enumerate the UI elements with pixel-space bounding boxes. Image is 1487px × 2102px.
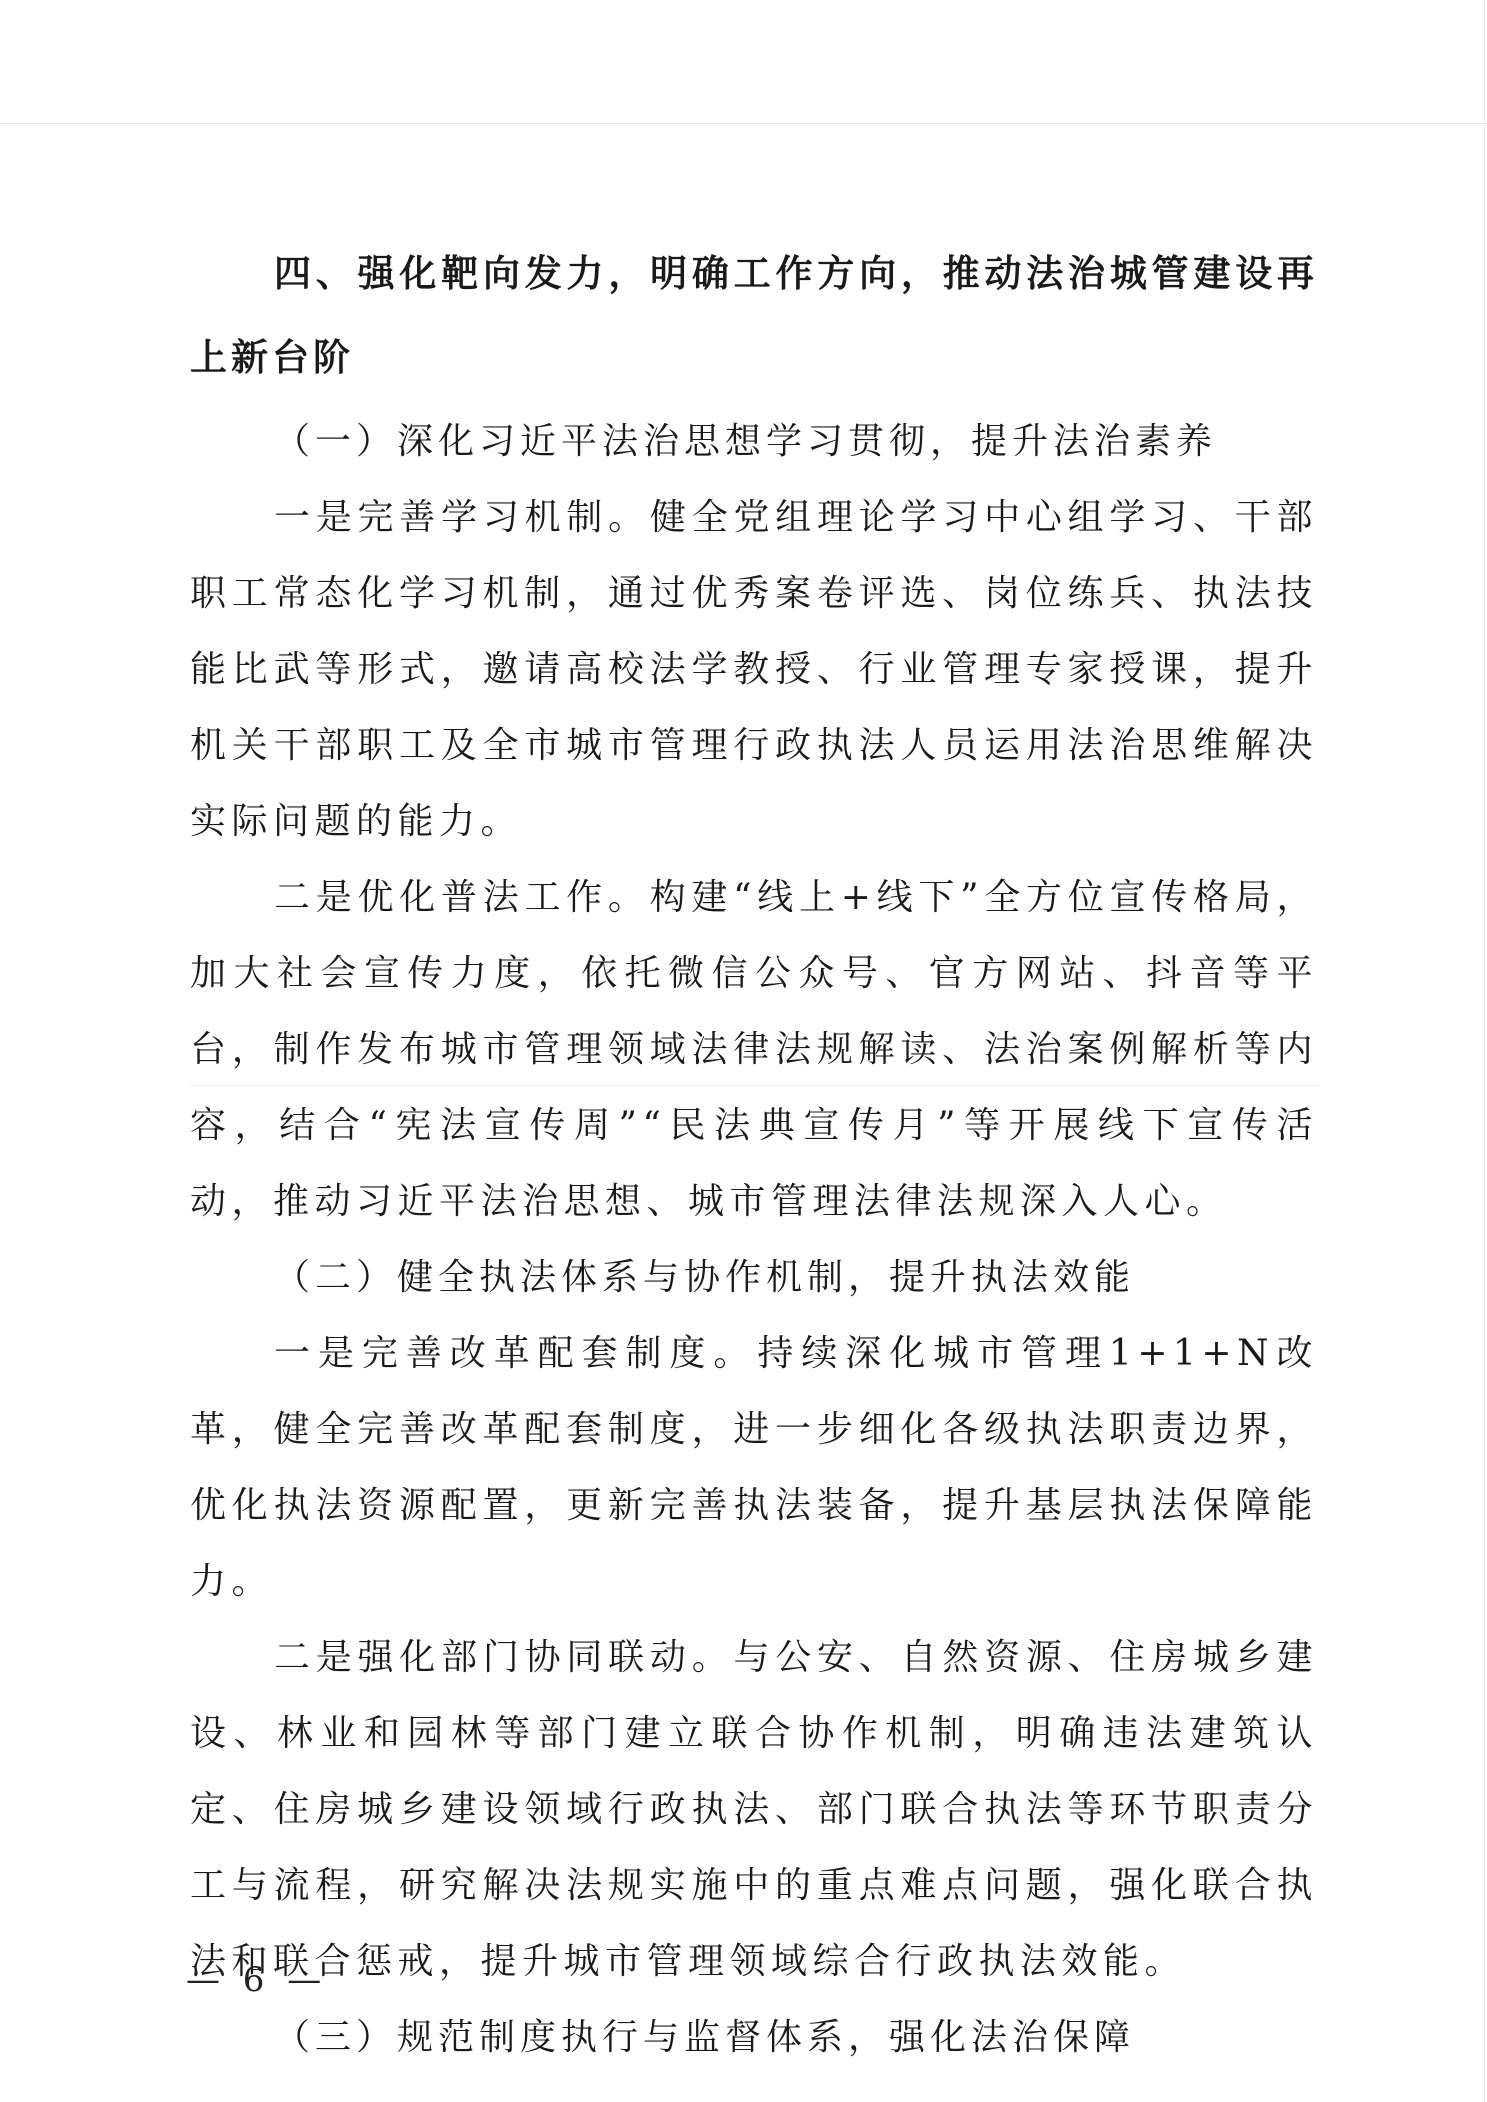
page-edge	[1484, 0, 1485, 2102]
document-body: 四、强化靶向发力，明确工作方向，推动法治城管建设再上新台阶 （一）深化习近平法治…	[190, 232, 1318, 2076]
scan-artifact-line	[0, 123, 1487, 124]
section-heading: 四、强化靶向发力，明确工作方向，推动法治城管建设再上新台阶	[190, 232, 1318, 400]
subsection-heading-3: （三）规范制度执行与监督体系，强化法治保障	[190, 2000, 1318, 2076]
document-page: 四、强化靶向发力，明确工作方向，推动法治城管建设再上新台阶 （一）深化习近平法治…	[0, 0, 1487, 2102]
paragraph-1-1: 一是完善学习机制。健全党组理论学习中心组学习、干部职工常态化学习机制，通过优秀案…	[190, 480, 1318, 860]
paragraph-1-2: 二是优化普法工作。构建“线上+线下”全方位宣传格局，加大社会宣传力度，依托微信公…	[190, 860, 1318, 1240]
paragraph-2-1: 一是完善改革配套制度。持续深化城市管理1+1+N改革，健全完善改革配套制度，进一…	[190, 1316, 1318, 1620]
subsection-heading-1: （一）深化习近平法治思想学习贯彻，提升法治素养	[190, 404, 1318, 480]
paragraph-2-2: 二是强化部门协同联动。与公安、自然资源、住房城乡建设、林业和园林等部门建立联合协…	[190, 1620, 1318, 2000]
page-number: — 6 —	[186, 1960, 327, 2000]
subsection-heading-2: （二）健全执法体系与协作机制，提升执法效能	[190, 1240, 1318, 1316]
